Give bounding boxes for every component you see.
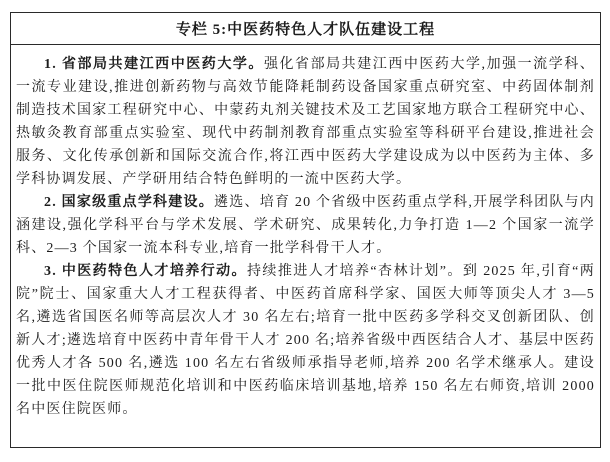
column-box: 专栏 5:中医药特色人才队伍建设工程 1. 省部局共建江西中医药大学。强化省部局… — [10, 12, 601, 448]
document-page: 专栏 5:中医药特色人才队伍建设工程 1. 省部局共建江西中医药大学。强化省部局… — [0, 0, 610, 462]
column-box-header: 专栏 5:中医药特色人才队伍建设工程 — [11, 13, 600, 45]
paragraph-3: 3. 中医药特色人才培养行动。持续推进人才培养“杏林计划”。到 2025 年,引… — [16, 260, 595, 421]
paragraph-3-heading: 3. 中医药特色人才培养行动。 — [44, 264, 247, 279]
paragraph-2-heading: 2. 国家级重点学科建设。 — [44, 195, 214, 210]
paragraph-3-text: 持续推进人才培养“杏林计划”。到 2025 年,引育“两院”院士、国家重大人才工… — [16, 264, 595, 417]
paragraph-1-text: 强化省部局共建江西中医药大学,加强一流学科、一流专业建设,推进创新药物与高效节能… — [16, 57, 595, 187]
paragraph-2: 2. 国家级重点学科建设。遴选、培育 20 个省级中医药重点学科,开展学科团队与… — [16, 191, 595, 260]
paragraph-1-heading: 1. 省部局共建江西中医药大学。 — [44, 57, 264, 72]
paragraph-1: 1. 省部局共建江西中医药大学。强化省部局共建江西中医药大学,加强一流学科、一流… — [16, 53, 595, 191]
column-box-body: 1. 省部局共建江西中医药大学。强化省部局共建江西中医药大学,加强一流学科、一流… — [11, 45, 600, 447]
column-box-title: 专栏 5:中医药特色人才队伍建设工程 — [176, 18, 435, 39]
